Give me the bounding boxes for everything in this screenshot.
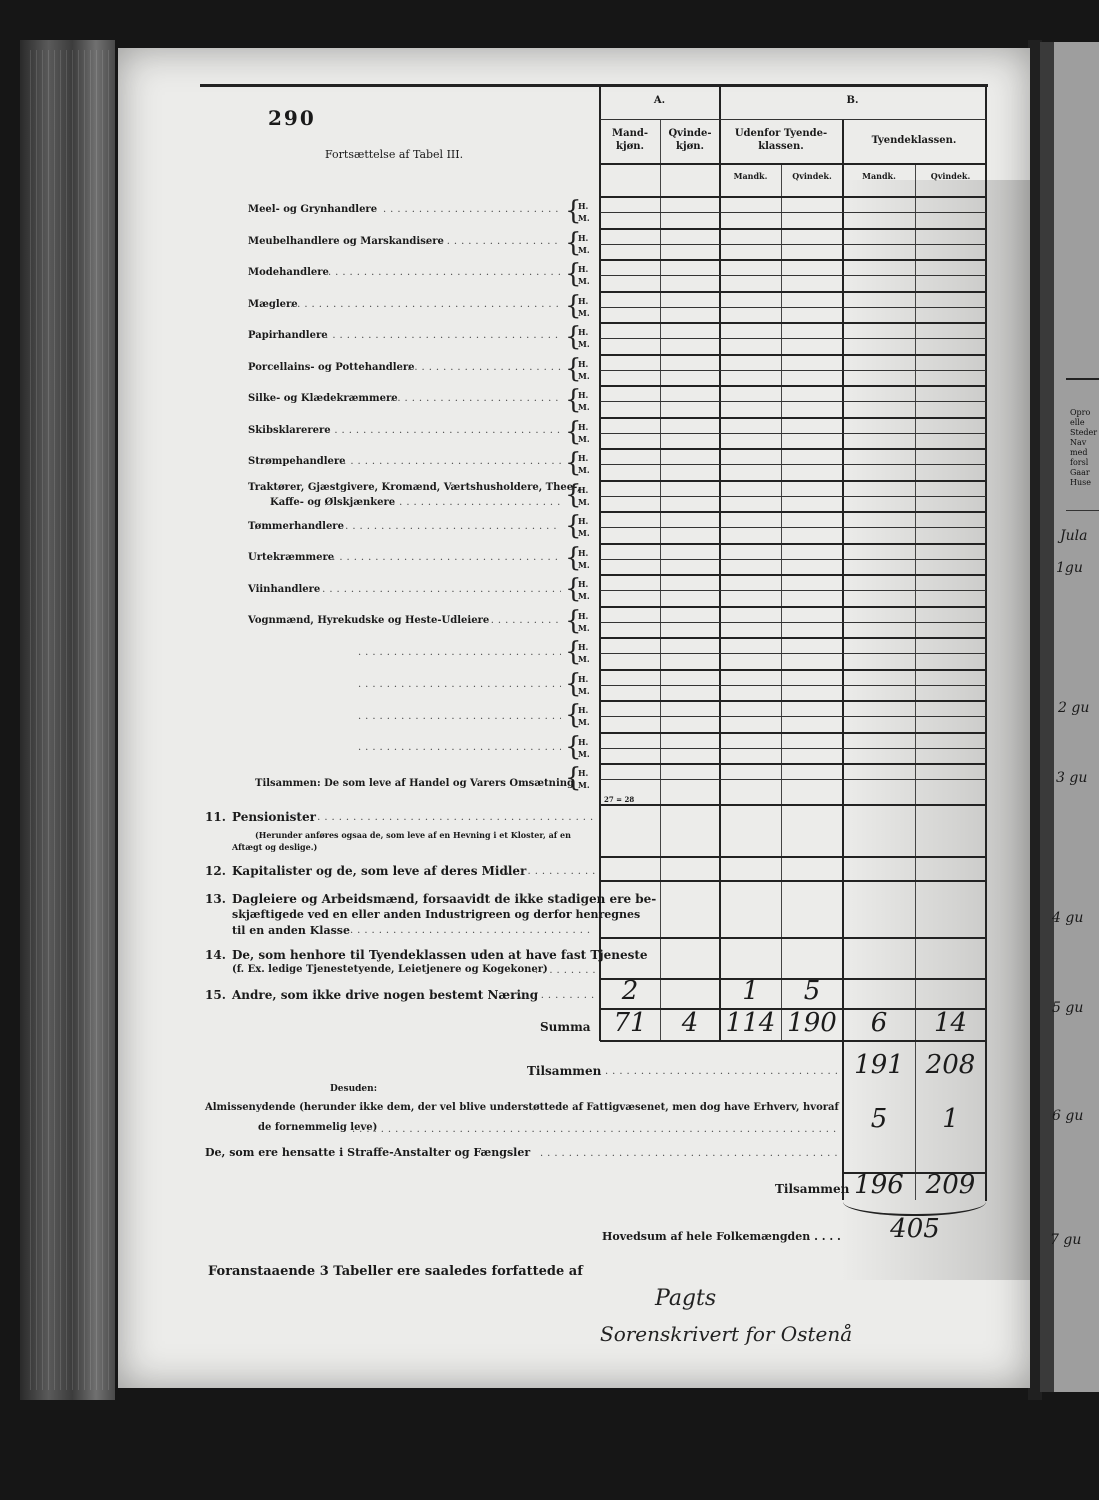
facing-handwriting: 4 gu	[1052, 910, 1083, 926]
dot-leader: ............	[535, 965, 595, 976]
dot-leader: ........................................…	[318, 330, 561, 341]
tilsammen-label: Tilsammen	[527, 1064, 601, 1078]
row-label: Skibsklarerere	[248, 425, 331, 436]
signature-name: Pagts	[655, 1286, 716, 1311]
gender-mark-h: H.	[578, 578, 588, 590]
table-title: Fortsættelse af Tabel III.	[325, 148, 463, 161]
category-note: Aftægt og deslige.)	[232, 842, 317, 852]
grid-rule-sub	[600, 685, 986, 686]
almissenydende-qvinde: 1	[916, 1104, 985, 1134]
column-b-udenfor-qvindek: Qvindek.	[782, 171, 842, 181]
column-b-tyende-qvindek: Qvindek.	[916, 171, 985, 181]
grid-rule	[600, 856, 986, 858]
gender-mark-m: M.	[578, 433, 590, 445]
category-label-cont: til en anden Klasse	[232, 924, 350, 937]
tilsammen-2-qvinde: 209	[916, 1170, 985, 1200]
grid-rule	[600, 937, 986, 939]
tilsammen-handel-label: Tilsammen: De som leve af Handel og Vare…	[255, 778, 574, 789]
grid-rule	[600, 763, 986, 765]
category-note: (Herunder anføres ogsaa de, som leve af …	[255, 830, 571, 840]
gender-mark-h: H.	[578, 452, 588, 464]
category-number: 15.	[205, 988, 226, 1002]
row-label: Tømmerhandlere	[248, 521, 344, 532]
gender-mark-h: H.	[578, 421, 588, 433]
grid-rule-sub	[600, 401, 986, 402]
gender-mark-h: H.	[578, 358, 588, 370]
category-label-cont: (f. Ex. ledige Tjenestetyende, Leietjene…	[232, 964, 548, 975]
header-rule	[600, 119, 986, 120]
dot-leader: ..................	[506, 866, 595, 877]
row-label: Urtekræmmere	[248, 552, 334, 563]
hovedsum-label: Hovedsum af hele Folkemængden . . . .	[602, 1230, 841, 1243]
gender-mark-m: M.	[578, 464, 590, 476]
grid-rule-sub	[600, 433, 986, 434]
facing-page-edge	[1040, 42, 1099, 1392]
grid-rule-sub	[600, 716, 986, 717]
column-b-tyende-mandk: Mandk.	[843, 171, 915, 181]
grid-rule	[600, 637, 986, 639]
row-label: Porcellains- og Pottehandlere	[248, 362, 415, 373]
gender-mark-m: M.	[578, 559, 590, 571]
dot-leader: ........................................…	[328, 267, 561, 278]
hovedsum-value: 405	[870, 1214, 960, 1244]
facing-handwriting: 7 gu	[1050, 1232, 1081, 1248]
dot-leader: ........................................…	[358, 711, 561, 722]
grid-rule-sub	[600, 338, 986, 339]
category-number: 14.	[205, 948, 226, 962]
col-border-right	[985, 86, 987, 1201]
dot-leader: ........................................…	[325, 552, 561, 563]
column-group-b: B.	[720, 94, 985, 107]
facing-line: Nav	[1070, 438, 1086, 447]
grid-rule	[600, 322, 986, 324]
grid-rule-sub	[600, 653, 986, 654]
page-edges	[30, 50, 110, 1390]
row-label: Silke- og Klædekræmmere	[248, 393, 398, 404]
grid-rule	[600, 196, 986, 198]
col-divider-a	[660, 120, 661, 1040]
category-label: Kapitalister og de, som leve af deres Mi…	[232, 864, 526, 878]
grid-rule	[600, 259, 986, 261]
gender-mark-m: M.	[578, 496, 590, 508]
dot-leader: ................	[512, 990, 595, 1001]
dot-leader: ........................................…	[352, 1124, 840, 1135]
grid-rule	[600, 228, 986, 230]
grid-rule	[600, 1040, 986, 1042]
gender-mark-m: M.	[578, 653, 590, 665]
dot-leader: ........................................…	[290, 299, 561, 310]
grid-rule	[600, 574, 986, 576]
gender-mark-h: H.	[578, 515, 588, 527]
row-label: Strømpehandlere	[248, 456, 346, 467]
summa-b-tyende-qvindek: 14	[916, 1008, 985, 1038]
gender-mark-h: H.	[578, 200, 588, 212]
grid-rule	[600, 448, 986, 450]
dot-leader: ........................................…	[336, 456, 561, 467]
grid-rule	[600, 480, 986, 482]
gender-mark-m: M.	[578, 212, 590, 224]
summa-a-mand: 71	[600, 1008, 660, 1038]
almissenydende-label: Almissenydende (herunder ikke dem, der v…	[205, 1102, 839, 1113]
facing-printed-text: Opro elle Steder Nav med forsl Gaar Huse	[1070, 398, 1097, 488]
row-label: Viinhandlere	[248, 584, 320, 595]
facing-handwriting: Jula	[1060, 528, 1087, 544]
gender-mark-h: H.	[578, 484, 588, 496]
gender-mark-h: H.	[578, 295, 588, 307]
cell-15-a-mand: 2	[600, 976, 660, 1006]
almissenydende-mand: 5	[843, 1104, 915, 1134]
cell-15-b-udenfor-mandk: 1	[720, 976, 781, 1006]
gender-mark-h: H.	[578, 767, 588, 779]
gender-mark-m: M.	[578, 244, 590, 256]
grid-rule	[600, 417, 986, 419]
gender-mark-m: M.	[578, 716, 590, 728]
grid-rule-sub	[600, 307, 986, 308]
gender-mark-h: H.	[578, 610, 588, 622]
column-a-mand: Mand- kjøn.	[600, 127, 660, 153]
grid-rule	[600, 700, 986, 702]
gender-mark-h: H.	[578, 263, 588, 275]
category-label: Dagleiere og Arbeidsmænd, forsaavidt de …	[232, 892, 656, 906]
grid-rule-sub	[600, 527, 986, 528]
facing-line: forsl	[1070, 458, 1088, 467]
row-label: Modehandlere	[248, 267, 329, 278]
col-divider-b1	[781, 165, 782, 1040]
margin-note: 27 = 28	[604, 795, 634, 804]
facing-rule	[1066, 378, 1099, 380]
gender-mark-m: M.	[578, 338, 590, 350]
grid-rule-sub	[600, 622, 986, 623]
facing-handwriting: 2 gu	[1058, 700, 1089, 716]
gender-mark-m: M.	[578, 590, 590, 602]
row-label-cont: Kaffe- og Ølskjænkere	[270, 497, 395, 508]
category-label: De, som henhore til Tyendeklassen uden a…	[232, 948, 648, 962]
grid-rule-sub	[600, 496, 986, 497]
dot-leader: ........................................…	[358, 647, 561, 658]
summa-b-udenfor-mandk: 114	[720, 1008, 781, 1038]
grid-rule	[600, 511, 986, 513]
summa-label: Summa	[540, 1020, 591, 1034]
gender-mark-h: H.	[578, 704, 588, 716]
summa-b-tyende-mandk: 6	[843, 1008, 915, 1038]
grid-rule	[600, 804, 986, 806]
dot-leader: ..................................	[383, 204, 561, 215]
grid-rule	[600, 669, 986, 671]
facing-rule	[1066, 510, 1099, 511]
grid-rule-sub	[600, 559, 986, 560]
column-a-qvinde: Qvinde- kjøn.	[661, 127, 719, 153]
desuden-label: Desuden:	[330, 1084, 377, 1094]
dot-leader: ........................................…	[358, 742, 561, 753]
row-label: Traktører, Gjæstgivere, Kromænd, Værtshu…	[248, 482, 581, 493]
dot-leader: ....................................	[392, 497, 561, 508]
dot-leader: ........................................…	[350, 925, 595, 936]
signature-title: Sorenskrivert for Ostenå	[600, 1322, 852, 1346]
summa-a-qvinde: 4	[661, 1008, 719, 1038]
category-number: 13.	[205, 892, 226, 906]
dot-leader: ........................................…	[605, 1066, 840, 1077]
gender-mark-m: M.	[578, 748, 590, 760]
gender-mark-h: H.	[578, 641, 588, 653]
facing-handwriting: 1gu	[1056, 560, 1083, 576]
gender-mark-h: H.	[578, 673, 588, 685]
dot-leader: ........................................…	[358, 679, 561, 690]
grid-rule	[600, 732, 986, 734]
category-number: 11.	[205, 810, 226, 824]
grid-rule	[600, 385, 986, 387]
dot-leader: ..................................	[418, 236, 561, 247]
straffe-label: De, som ere hensatte i Straffe-Anstalter…	[205, 1146, 530, 1159]
gender-mark-m: M.	[578, 779, 590, 791]
gender-mark-h: H.	[578, 389, 588, 401]
grid-rule	[600, 354, 986, 356]
row-label: Vognmænd, Hyrekudske og Heste-Udleiere	[248, 615, 489, 626]
gender-mark-m: M.	[578, 622, 590, 634]
dot-leader: ......................................	[383, 393, 561, 404]
grid-rule-sub	[600, 370, 986, 371]
gender-mark-m: M.	[578, 370, 590, 382]
dot-leader: ........................................…	[315, 584, 561, 595]
column-b-tyende: Tyendeklassen.	[843, 134, 985, 147]
dot-leader: ........................................…	[310, 812, 595, 823]
category-number: 12.	[205, 864, 226, 878]
summa-b-udenfor-qvindek: 190	[782, 1008, 842, 1038]
column-group-a: A.	[600, 94, 719, 107]
row-label: Meubelhandlere og Marskandisere	[248, 236, 444, 247]
facing-line: elle	[1070, 418, 1085, 427]
facing-handwriting: 5 gu	[1052, 1000, 1083, 1016]
grid-rule-sub	[600, 779, 986, 780]
grid-rule-sub	[600, 275, 986, 276]
gender-mark-h: H.	[578, 326, 588, 338]
dot-leader: ..................................	[400, 362, 561, 373]
dot-leader: ........................................…	[320, 425, 561, 436]
dot-leader: ........................................…	[540, 1148, 840, 1159]
dot-leader: ......................	[462, 615, 561, 626]
page-number: 290	[268, 106, 316, 130]
top-rule	[200, 84, 988, 87]
gender-mark-h: H.	[578, 547, 588, 559]
col-divider-b2	[915, 165, 916, 1200]
dot-leader: ........................................…	[338, 521, 561, 532]
facing-line: med	[1070, 448, 1087, 457]
grid-rule	[600, 291, 986, 293]
row-label: Papirhandlere	[248, 330, 328, 341]
row-label: Meel- og Grynhandlere	[248, 204, 377, 215]
gender-mark-m: M.	[578, 307, 590, 319]
facing-line: Gaar	[1070, 468, 1090, 477]
category-label: Pensionister	[232, 810, 316, 824]
grid-rule-sub	[600, 212, 986, 213]
gender-mark-m: M.	[578, 527, 590, 539]
tilsammen-mand: 191	[843, 1050, 915, 1080]
column-b-udenfor: Udenfor Tyende- klassen.	[720, 127, 842, 153]
category-label-cont: skjæftigede ved en eller anden Industrig…	[232, 908, 640, 921]
facing-handwriting: 6 gu	[1052, 1108, 1083, 1124]
gender-mark-m: M.	[578, 275, 590, 287]
cell-15-b-udenfor-qvindek: 5	[782, 976, 842, 1006]
facing-line: Opro	[1070, 408, 1090, 417]
facing-line: Steder	[1070, 428, 1097, 437]
grid-rule-sub	[600, 748, 986, 749]
category-label: Andre, som ikke drive nogen bestemt Næri…	[232, 988, 538, 1002]
grid-rule-sub	[600, 244, 986, 245]
gender-mark-h: H.	[578, 232, 588, 244]
grid-rule-sub	[600, 590, 986, 591]
grid-rule	[600, 543, 986, 545]
header-rule	[600, 163, 986, 165]
facing-line: Huse	[1070, 478, 1091, 487]
tilsammen-2-label: Tilsammen	[775, 1182, 849, 1196]
facing-handwriting: 3 gu	[1056, 770, 1087, 786]
grid-rule	[600, 606, 986, 608]
grid-rule	[600, 880, 986, 882]
tilsammen-2-mand: 196	[843, 1170, 915, 1200]
authored-by-label: Foranstaaende 3 Tabeller ere saaledes fo…	[208, 1264, 583, 1279]
gender-mark-m: M.	[578, 401, 590, 413]
tilsammen-qvinde: 208	[916, 1050, 985, 1080]
col-divider-b	[842, 120, 844, 1200]
gender-mark-h: H.	[578, 736, 588, 748]
grid-rule-sub	[600, 464, 986, 465]
gender-mark-m: M.	[578, 685, 590, 697]
column-b-udenfor-mandk: Mandk.	[720, 171, 781, 181]
